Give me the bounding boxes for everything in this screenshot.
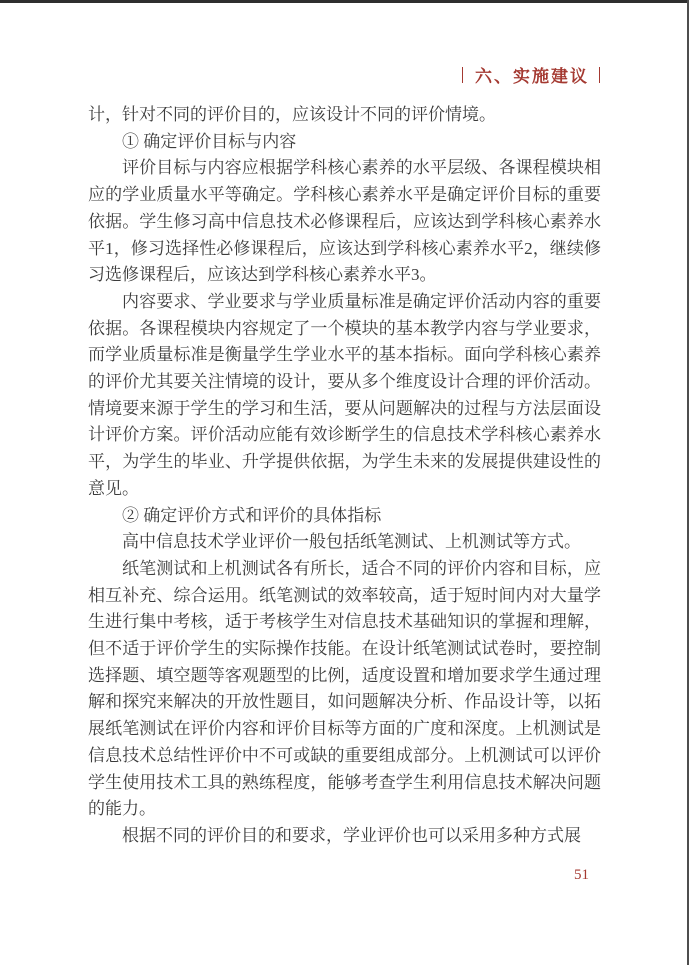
paragraph: 评价目标与内容应根据学科核心素养的水平层级、各课程模块相应的学业质量水平等确定。… [88,155,601,289]
paragraph: 根据不同的评价目的和要求，学业评价也可以采用多种方式展 [88,823,601,850]
paragraph: 高中信息技术学业评价一般包括纸笔测试、上机测试等方式。 [88,529,601,556]
paragraph: ② 确定评价方式和评价的具体指标 [88,503,601,530]
running-head-bar-right-icon [599,67,600,83]
body-text: 计，针对不同的评价目的，应该设计不同的评价情境。① 确定评价目标与内容评价目标与… [88,102,601,850]
paragraph: 内容要求、学业要求与学业质量标准是确定评价活动内容的重要依据。各课程模块内容规定… [88,289,601,503]
paragraph: ① 确定评价目标与内容 [88,129,601,156]
scan-edge-top [0,0,689,3]
page-number: 51 [574,867,589,884]
running-head: 六、实施建议 [462,62,600,87]
running-head-bar-left-icon [462,67,463,83]
running-head-title: 六、实施建议 [475,62,589,87]
paragraph: 纸笔测试和上机测试各有所长，适合不同的评价内容和目标，应相互补充、综合运用。纸笔… [88,556,601,823]
paragraph: 计，针对不同的评价目的，应该设计不同的评价情境。 [88,102,601,129]
document-page: 六、实施建议 计，针对不同的评价目的，应该设计不同的评价情境。① 确定评价目标与… [0,0,689,965]
